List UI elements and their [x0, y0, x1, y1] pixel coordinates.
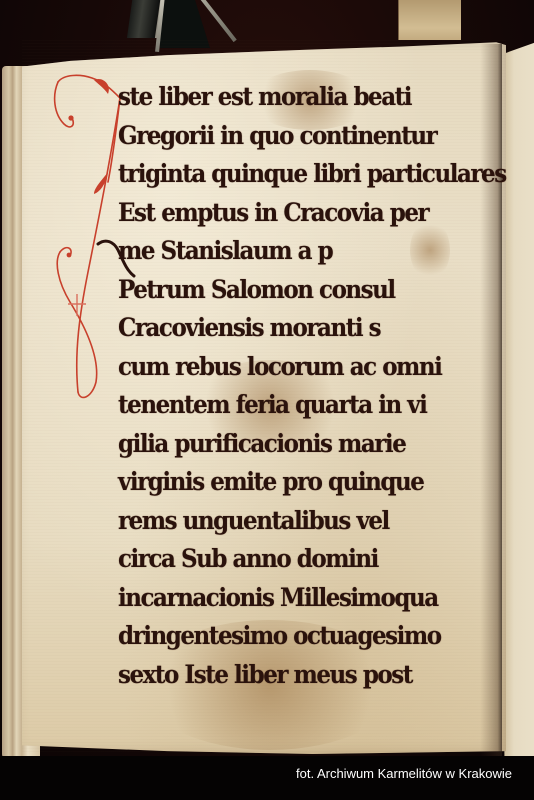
- manuscript-line: Gregorii in quo continentur: [118, 117, 440, 156]
- manuscript-line: sexto Iste liber meus post: [118, 656, 440, 695]
- manuscript-line: ste liber est moralia beati: [118, 78, 440, 117]
- manuscript-line: circa Sub anno domini: [118, 540, 440, 579]
- photo-credit: fot. Archiwum Karmelitów w Krakowie: [296, 766, 512, 781]
- manuscript-line: virginis emite pro quinque: [118, 463, 440, 502]
- manuscript-line: dringentesimo octuagesimo: [118, 617, 440, 656]
- manuscript-line: tenentem feria quarta in vi: [118, 386, 440, 425]
- manuscript-line: Est emptus in Cracovia per: [118, 194, 440, 233]
- manuscript-line: triginta quinque libri particulares: [118, 155, 440, 194]
- parchment-tab: [398, 0, 461, 40]
- manuscript-text-block: ste liber est moralia beati Gregorii in …: [118, 78, 468, 694]
- manuscript-line: rems unguentalibus vel: [118, 502, 440, 541]
- manuscript-line: cum rebus locorum ac omni: [118, 348, 440, 387]
- manuscript-line: gilia purificacionis marie: [118, 425, 440, 464]
- manuscript-line: me Stanislaum a p: [118, 232, 440, 271]
- manuscript-line: Petrum Salomon consul: [118, 271, 440, 310]
- gutter-shadow: [480, 44, 502, 756]
- facing-page: [502, 40, 534, 756]
- manuscript-line: incarnacionis Millesimoqua: [118, 579, 440, 618]
- manuscript-line: Cracoviensis moranti s: [118, 309, 440, 348]
